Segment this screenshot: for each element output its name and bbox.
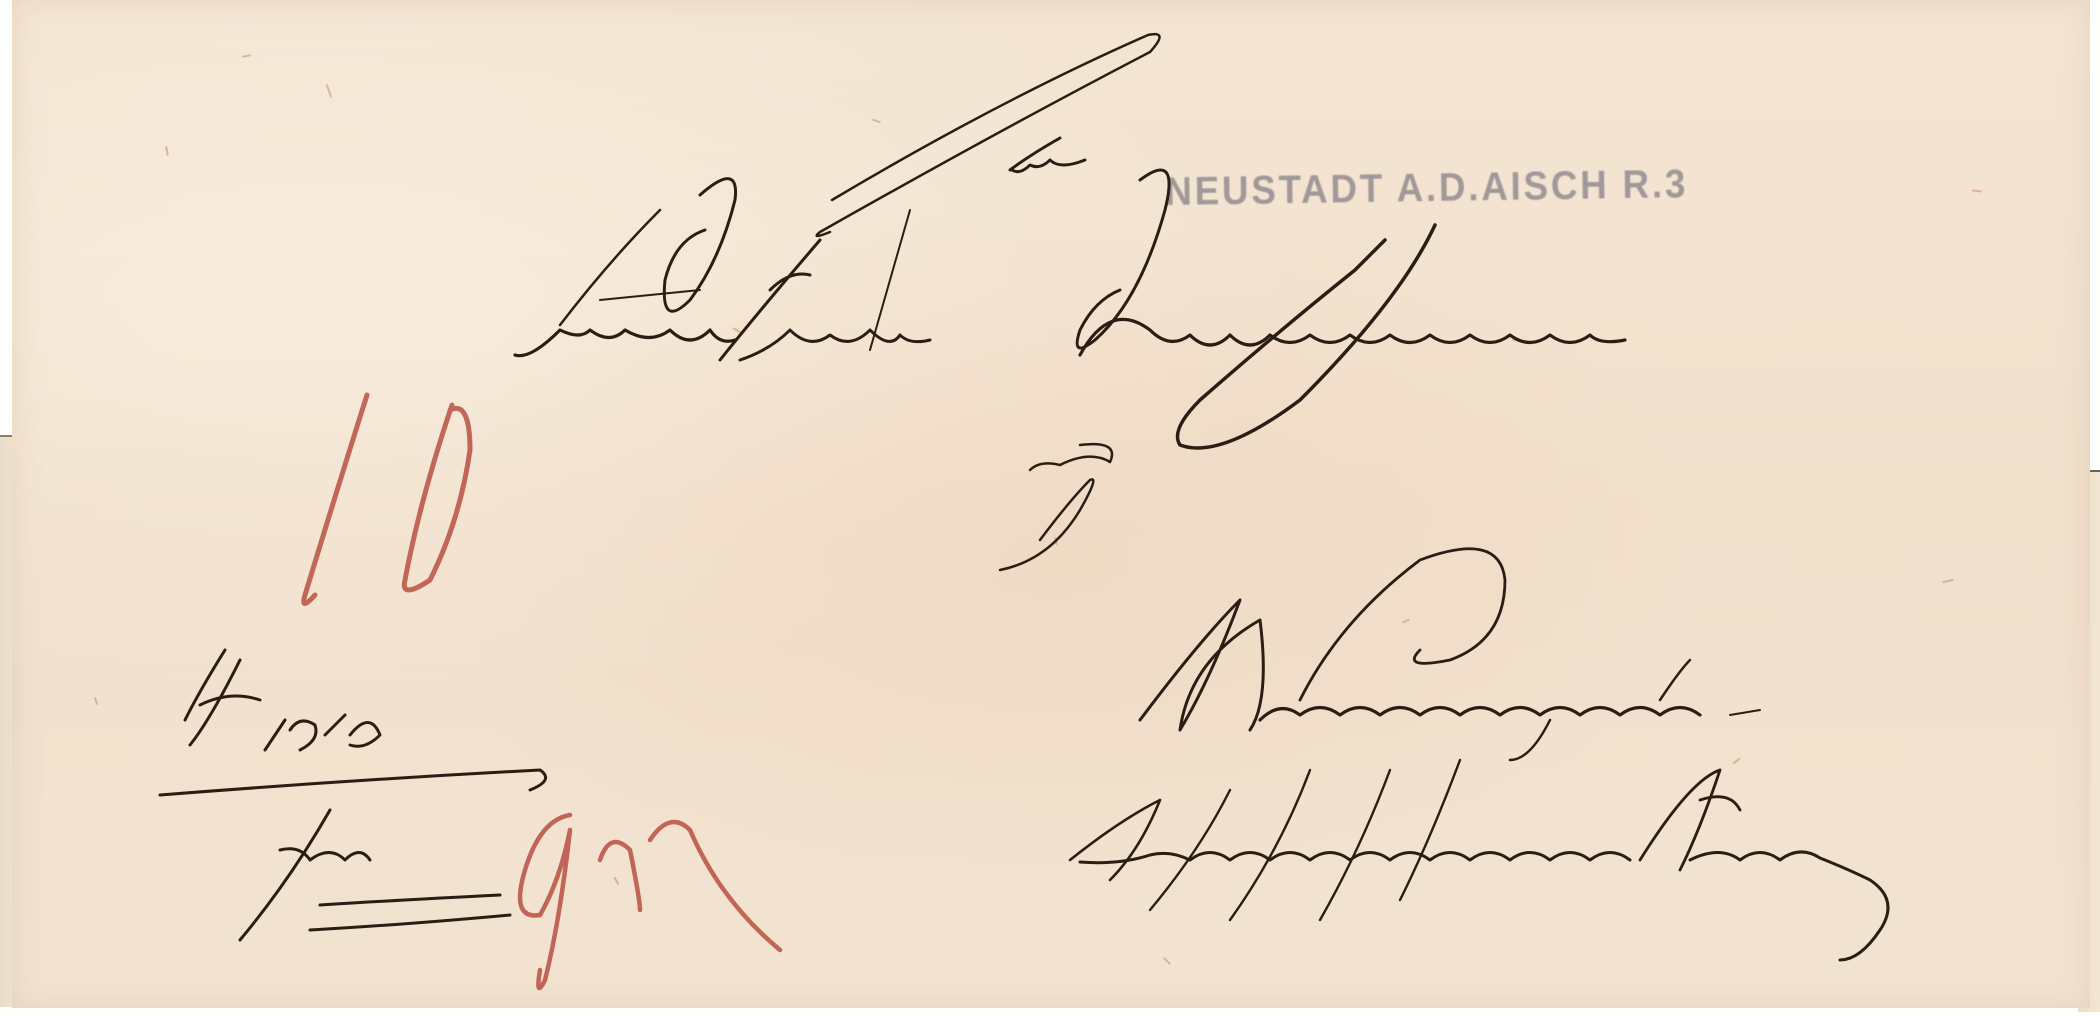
paper-fibers [12,0,2090,1008]
letter-cover [12,0,2090,1008]
postmark-neustadt: NEUSTADT A.D.AISCH R.3 [1165,162,1688,215]
